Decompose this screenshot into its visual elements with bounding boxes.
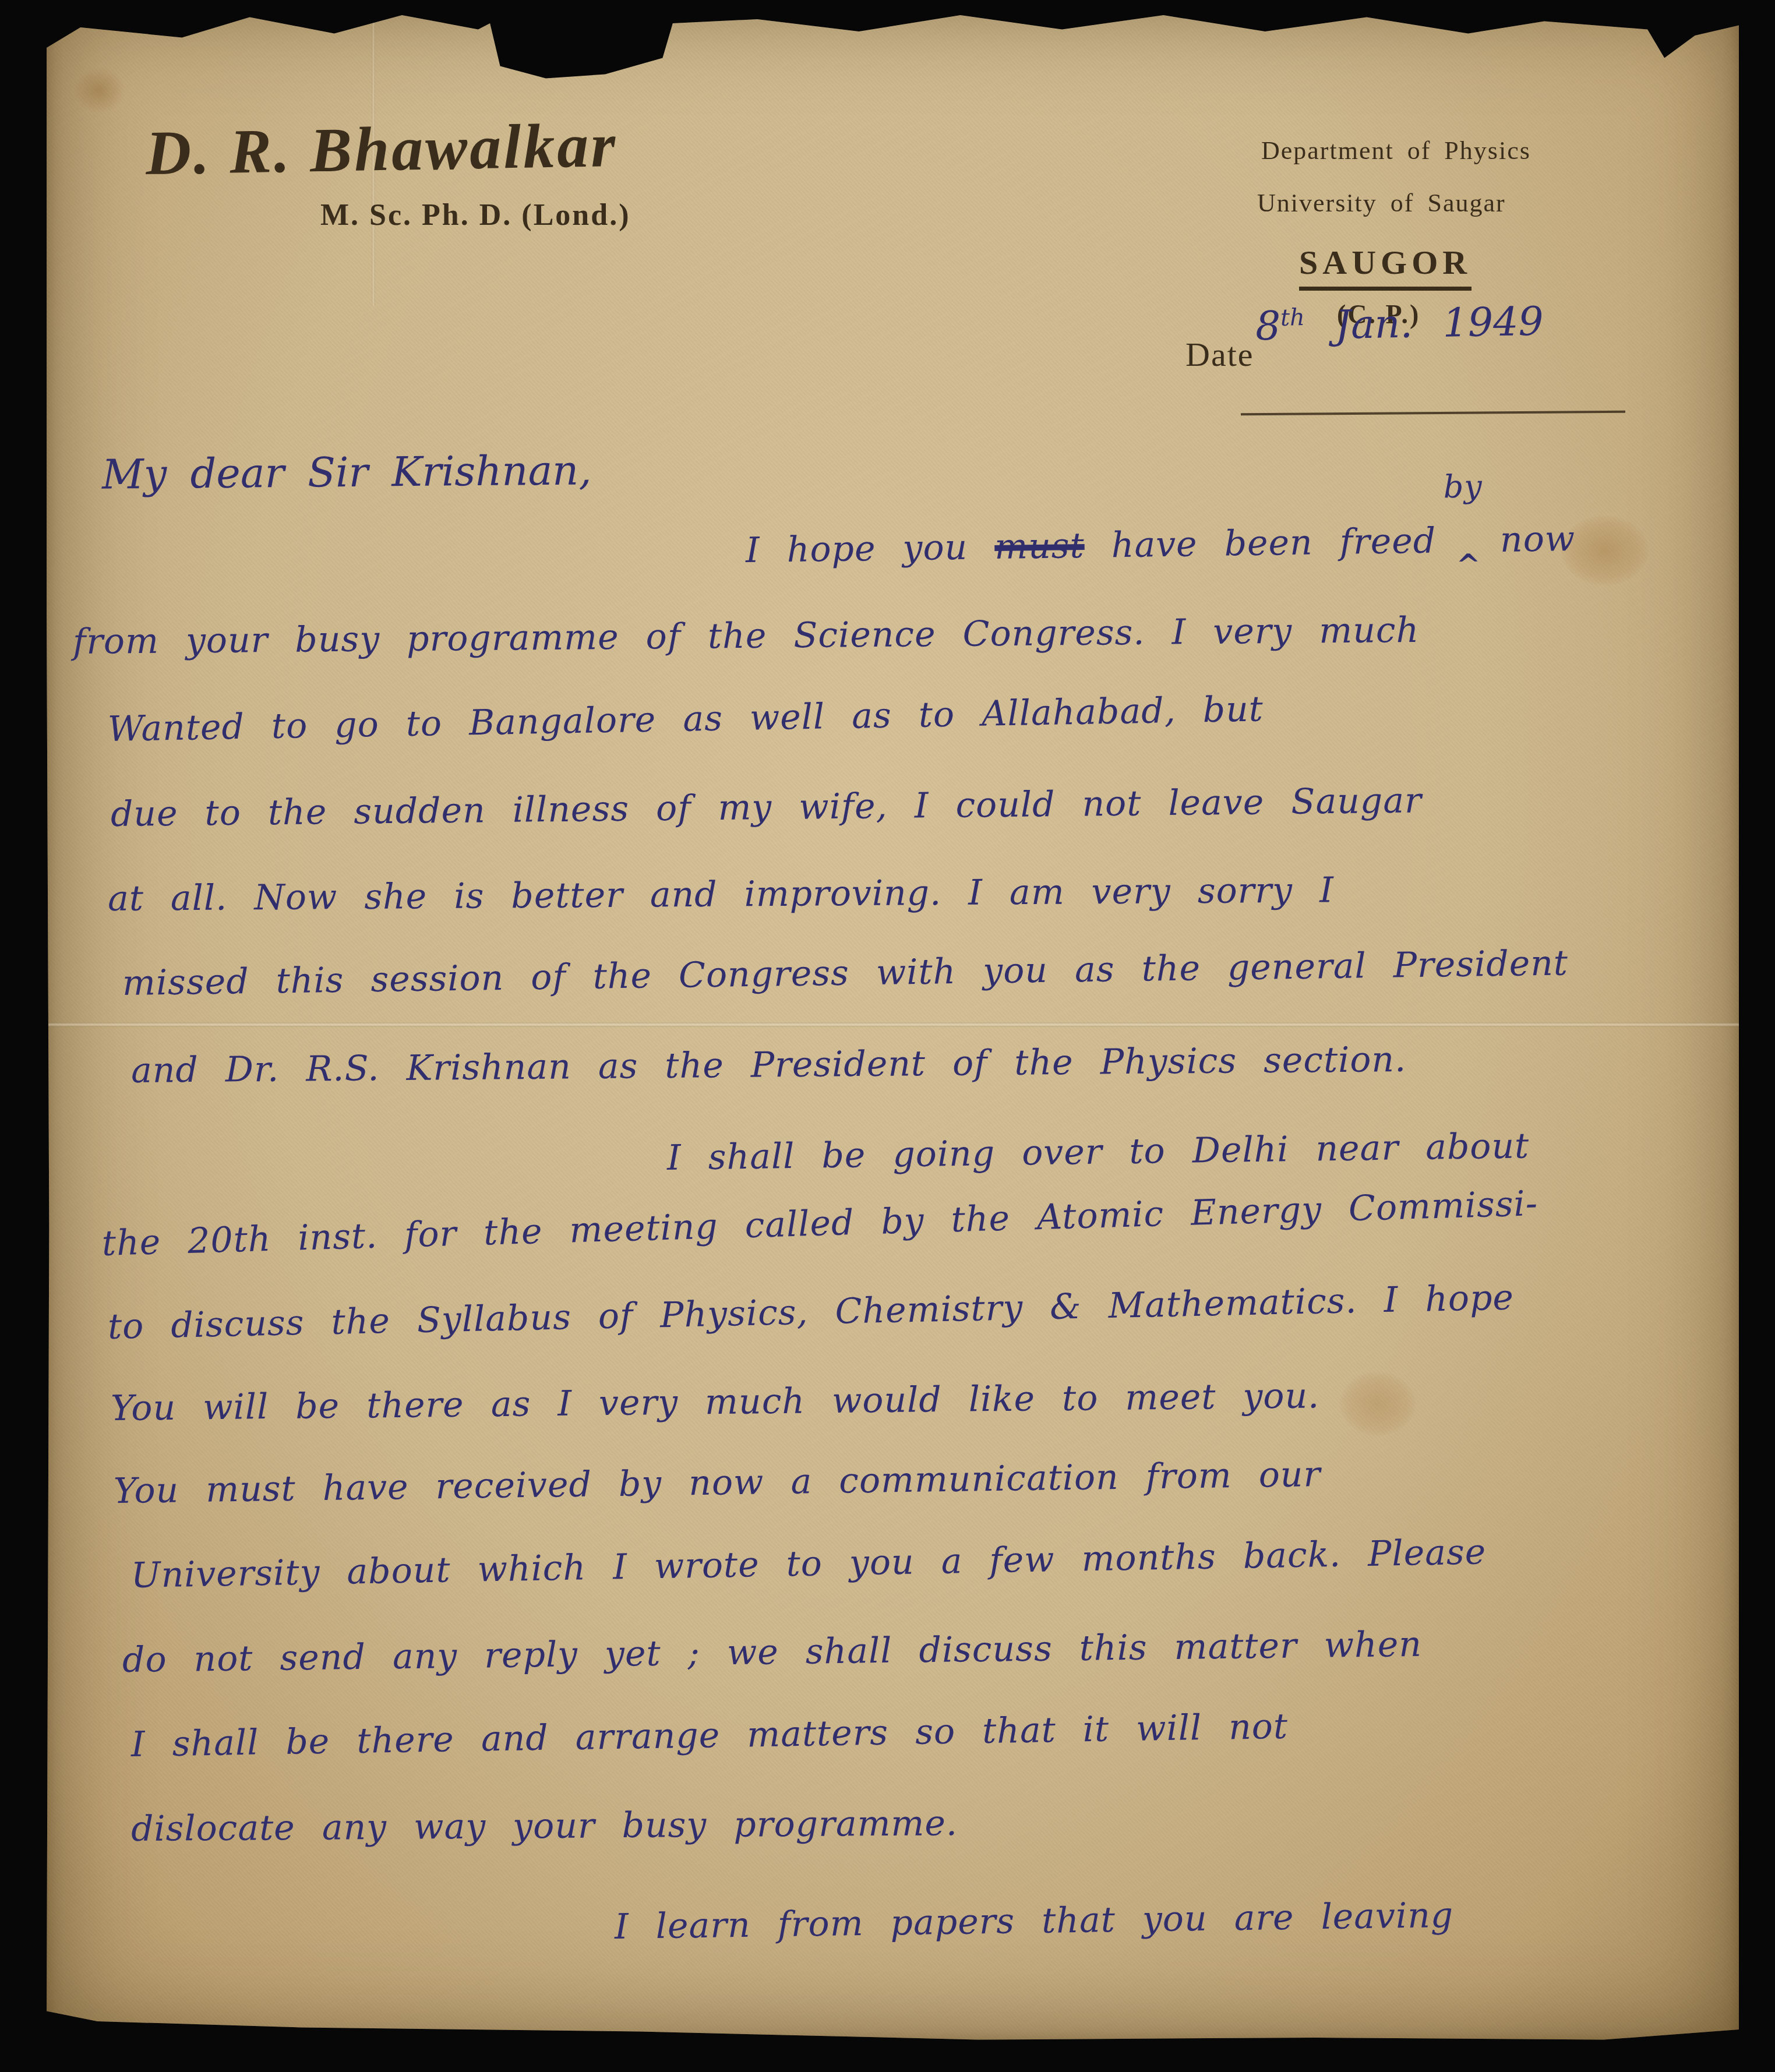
handwriting-line: University about which I wrote to you a … <box>130 1531 1486 1596</box>
letterhead-department: Department of Physics <box>1261 136 1531 165</box>
letterhead-name: D. R. Bhawalkar <box>145 110 618 190</box>
date-day-suffix: th <box>1280 304 1305 331</box>
handwriting-line: from your busy programme of the Science … <box>73 610 1420 662</box>
date-day: 8 <box>1255 303 1281 350</box>
handwriting-line: the 20th inst. for the meeting called by… <box>101 1183 1538 1264</box>
handwriting-line: missed this session of the Congress with… <box>122 943 1569 1004</box>
stain <box>73 67 125 114</box>
letter-paper: D. R. Bhawalkar M. Sc. Ph. D. (Lond.) De… <box>47 3 1739 2042</box>
letterhead-university: University of Saugar <box>1257 188 1506 218</box>
handwriting-line: at all. Now she is better and improving.… <box>108 870 1334 919</box>
line-text: now <box>1500 518 1576 560</box>
stain <box>1340 1372 1416 1436</box>
handwriting-line: I hope you must have been freedby^now <box>745 516 1575 571</box>
caret-icon: ^ <box>1456 547 1481 582</box>
handwriting-line: dislocate any way your busy programme. <box>131 1803 958 1849</box>
handwriting-line: You must have received by now a communic… <box>114 1454 1321 1512</box>
handwriting-line: do not send any reply yet ; we shall dis… <box>122 1624 1423 1681</box>
handwriting-line: Wanted to go to Bangalore as well as to … <box>107 689 1264 750</box>
date-month-year: Jan. 1949 <box>1304 299 1544 349</box>
salutation: My dear Sir Krishnan, <box>102 446 592 498</box>
handwriting-line: You will be there as I very much would l… <box>111 1375 1320 1429</box>
struck-word: must <box>994 525 1085 567</box>
scan-background: { "letterhead": { "name": "D. R. Bhawalk… <box>0 0 1775 2072</box>
line-text: I hope you <box>746 527 995 571</box>
date-label: Date <box>1185 335 1254 374</box>
letterhead-credentials: M. Sc. Ph. D. (Lond.) <box>320 198 630 232</box>
inserted-word: by <box>1443 468 1483 505</box>
handwriting-line: I shall be there and arrange matters so … <box>130 1706 1288 1765</box>
line-text: have been freed <box>1084 520 1436 566</box>
handwriting-line: to discuss the Syllabus of Physics, Chem… <box>107 1277 1514 1347</box>
fold-crease <box>47 1022 1739 1027</box>
letterhead-city: SAUGOR <box>1299 243 1471 291</box>
handwriting-line: I shall be going over to Delhi near abou… <box>667 1125 1530 1178</box>
insertion-mark: by^ <box>1436 517 1501 553</box>
handwriting-line: due to the sudden illness of my wife, I … <box>111 780 1422 835</box>
date-underline <box>1241 411 1625 416</box>
handwriting-line: I learn from papers that you are leaving <box>615 1895 1454 1947</box>
handwriting-line: and Dr. R.S. Krishnan as the President o… <box>131 1039 1407 1091</box>
date-value: 8th Jan. 1949 <box>1255 299 1544 350</box>
